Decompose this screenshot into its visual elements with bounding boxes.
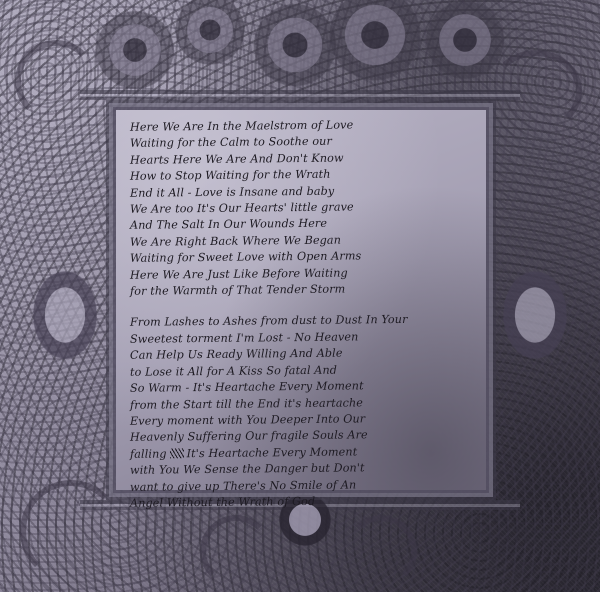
- lyrics-stanza-2: From Lashes to Ashes from dust to Dust I…: [130, 313, 475, 510]
- scroll-ornament-top-left: [15, 40, 97, 122]
- frame-rail-top: [80, 90, 520, 94]
- lyrics-booklet-page: Here We Are In the Maelstrom of Love Wai…: [0, 0, 600, 592]
- scroll-ornament-bottom-left: [20, 480, 122, 582]
- lyric-line: for the Warmth of That Tender Storm: [130, 280, 475, 300]
- lyric-fragment: falling: [130, 447, 167, 460]
- scroll-ornament-bottom-center-right: [345, 515, 417, 587]
- flower-ornament-top-1: [90, 5, 180, 95]
- lyric-fragment: It's Heartache Every Moment: [187, 445, 358, 460]
- scribbled-out-word-icon: [170, 448, 184, 458]
- handwritten-lyrics: Here We Are In the Maelstrom of Love Wai…: [130, 118, 475, 510]
- grotesque-face-left: [25, 270, 105, 370]
- grotesque-face-right: [495, 270, 575, 370]
- lyrics-stanza-1: Here We Are In the Maelstrom of Love Wai…: [130, 118, 475, 298]
- lyric-line: Angel Without the Wrath of God: [130, 492, 475, 512]
- scroll-ornament-bottom-center-left: [200, 515, 272, 587]
- lyrics-panel: Here We Are In the Maelstrom of Love Wai…: [116, 110, 486, 490]
